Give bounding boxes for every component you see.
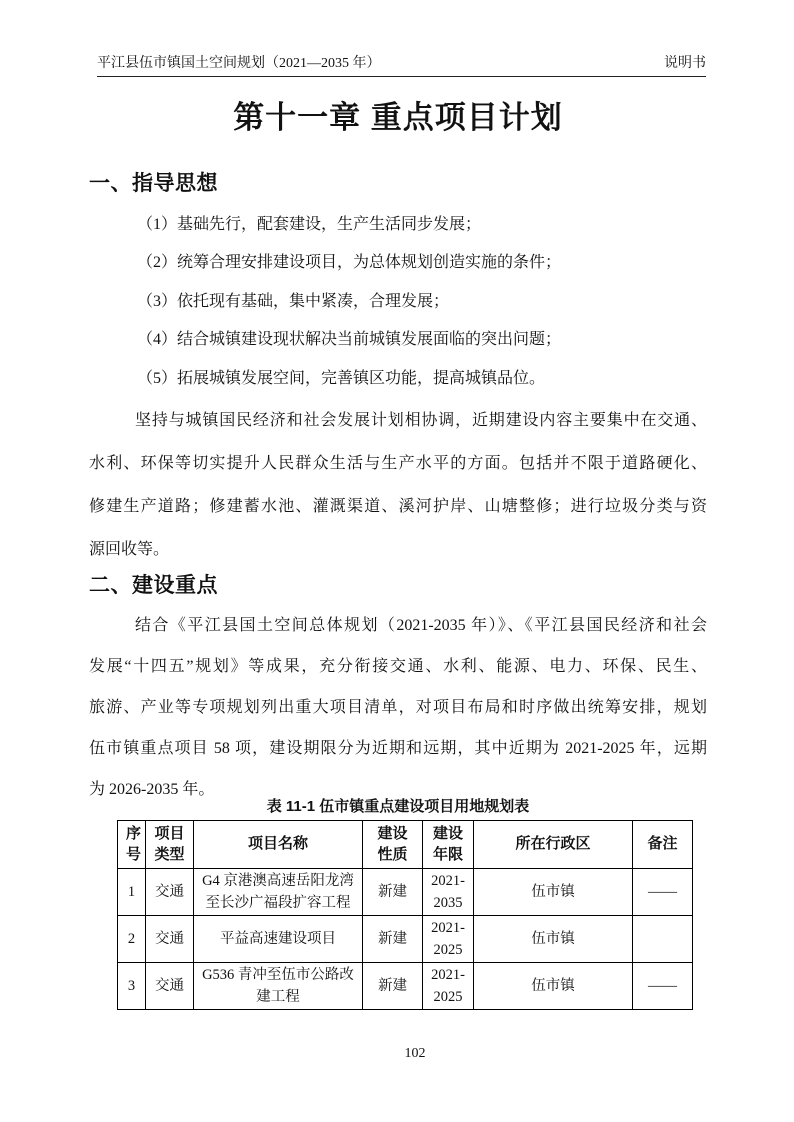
cell-construction-period: 2021-2025 <box>423 963 474 1010</box>
paragraph-construction-focus: 结合《平江县国土空间总体规划（2021-2035 年）》、《平江县国民经济和社会… <box>89 605 707 810</box>
column-header-construction-nature: 建设性质 <box>363 821 423 869</box>
cell-construction-nature: 新建 <box>363 869 423 916</box>
cell-seq: 2 <box>118 916 146 963</box>
paragraph-line: 水利、环保等切实提升人民群众生活与生产水平的方面。包括并不限于道路硬化、 <box>89 442 707 485</box>
header-document-title: 平江县伍市镇国土空间规划（2021—2035 年） <box>97 55 381 73</box>
cell-construction-period: 2021-2035 <box>423 869 474 916</box>
list-item-3: （3）依托现有基础，集中紧凑，合理发展； <box>137 283 712 321</box>
section-heading-construction-focus: 二、建设重点 <box>89 571 218 601</box>
section-heading-guiding-ideology: 一、指导思想 <box>89 169 218 199</box>
table-row: 1 交通 G4 京港澳高速岳阳龙湾至长沙广福段扩容工程 新建 2021-2035… <box>118 869 693 916</box>
cell-remarks: —— <box>633 963 693 1010</box>
paragraph-line: 伍市镇重点项目 58 项，建设期限分为近期和远期，其中近期为 2021-2025… <box>89 728 707 769</box>
list-item-2: （2）统筹合理安排建设项目，为总体规划创造实施的条件； <box>137 244 712 282</box>
paragraph-line: 旅游、产业等专项规划列出重大项目清单，对项目布局和时序做出统筹安排，规划 <box>89 687 707 728</box>
cell-seq: 1 <box>118 869 146 916</box>
cell-admin-region: 伍市镇 <box>474 916 633 963</box>
column-header-project-name: 项目名称 <box>194 821 363 869</box>
page-number: 102 <box>0 1045 794 1063</box>
table-header-row: 序号 项目类型 项目名称 建设性质 建设年限 所在行政区 备注 <box>118 821 693 869</box>
list-item-5: （5）拓展城镇发展空间，完善镇区功能，提高城镇品位。 <box>137 360 712 398</box>
cell-seq: 3 <box>118 963 146 1010</box>
paragraph-line: 源回收等。 <box>89 528 707 571</box>
cell-project-type: 交通 <box>146 916 194 963</box>
cell-project-name: G4 京港澳高速岳阳龙湾至长沙广福段扩容工程 <box>194 869 363 916</box>
paragraph-line: 坚持与城镇国民经济和社会发展计划相协调，近期建设内容主要集中在交通、 <box>89 399 707 442</box>
chapter-title: 第十一章 重点项目计划 <box>90 96 706 140</box>
column-header-project-type: 项目类型 <box>146 821 194 869</box>
cell-project-type: 交通 <box>146 963 194 1010</box>
paragraph-line: 结合《平江县国土空间总体规划（2021-2035 年）》、《平江县国民经济和社会 <box>89 605 707 646</box>
cell-project-name: G536 青冲至伍市公路改建工程 <box>194 963 363 1010</box>
table-row: 3 交通 G536 青冲至伍市公路改建工程 新建 2021-2025 伍市镇 —… <box>118 963 693 1010</box>
list-item-1: （1）基础先行，配套建设，生产生活同步发展； <box>137 206 712 244</box>
list-item-4: （4）结合城镇建设现状解决当前城镇发展面临的突出问题； <box>137 321 712 359</box>
cell-admin-region: 伍市镇 <box>474 963 633 1010</box>
column-header-remarks: 备注 <box>633 821 693 869</box>
cell-construction-nature: 新建 <box>363 963 423 1010</box>
cell-project-type: 交通 <box>146 869 194 916</box>
column-header-admin-region: 所在行政区 <box>474 821 633 869</box>
key-projects-table: 序号 项目类型 项目名称 建设性质 建设年限 所在行政区 备注 1 交通 G4 … <box>117 820 693 1010</box>
column-header-seq: 序号 <box>118 821 146 869</box>
paragraph-near-term-content: 坚持与城镇国民经济和社会发展计划相协调，近期建设内容主要集中在交通、 水利、环保… <box>89 399 707 571</box>
guideline-list: （1）基础先行，配套建设，生产生活同步发展； （2）统筹合理安排建设项目，为总体… <box>137 206 712 398</box>
table-row: 2 交通 平益高速建设项目 新建 2021-2025 伍市镇 <box>118 916 693 963</box>
cell-admin-region: 伍市镇 <box>474 869 633 916</box>
table-caption: 表 11-1 伍市镇重点建设项目用地规划表 <box>89 797 707 817</box>
cell-remarks: —— <box>633 869 693 916</box>
cell-project-name: 平益高速建设项目 <box>194 916 363 963</box>
cell-construction-period: 2021-2025 <box>423 916 474 963</box>
page-header: 平江县伍市镇国土空间规划（2021—2035 年） 说明书 <box>97 55 706 77</box>
header-doc-type: 说明书 <box>664 55 706 73</box>
cell-remarks <box>633 916 693 963</box>
cell-construction-nature: 新建 <box>363 916 423 963</box>
document-page: 平江县伍市镇国土空间规划（2021—2035 年） 说明书 第十一章 重点项目计… <box>0 0 794 1122</box>
paragraph-line: 修建生产道路；修建蓄水池、灌溉渠道、溪河护岸、山塘整修；进行垃圾分类与资 <box>89 485 707 528</box>
paragraph-line: 发展“十四五”规划》等成果，充分衔接交通、水利、能源、电力、环保、民生、 <box>89 646 707 687</box>
column-header-construction-period: 建设年限 <box>423 821 474 869</box>
